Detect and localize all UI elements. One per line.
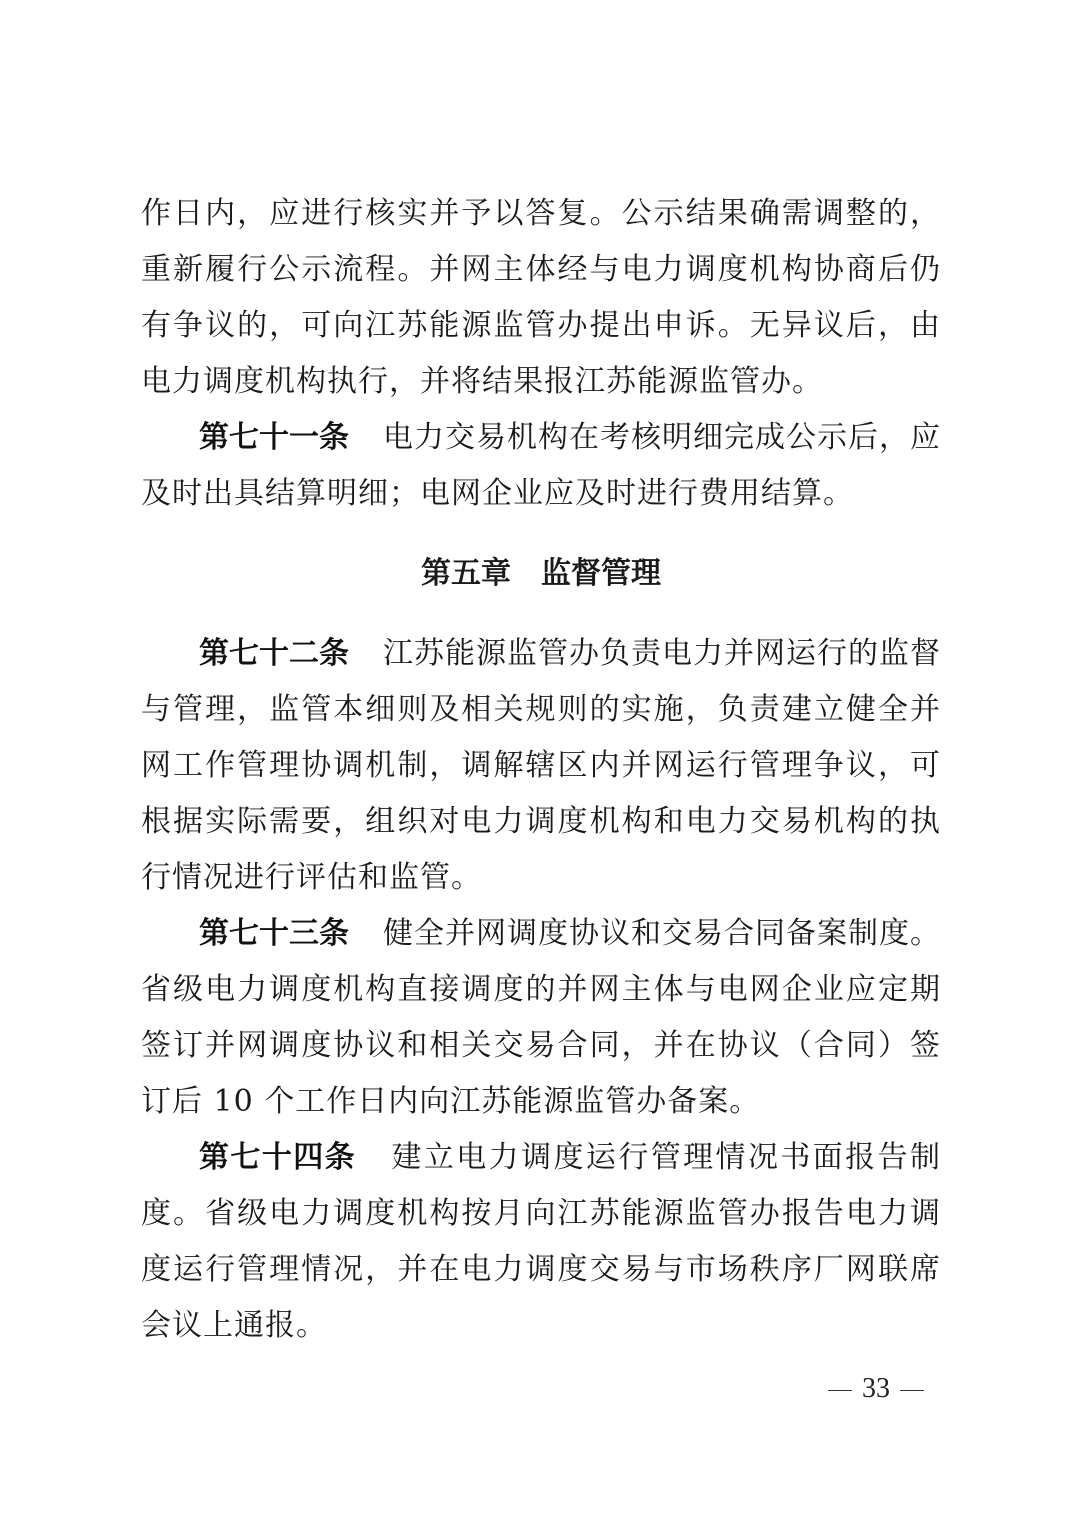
chapter-title: 监督管理 (541, 556, 661, 591)
page-number: 33 (818, 1373, 934, 1405)
dash-right (900, 1390, 924, 1391)
article-number: 第七十一条 (199, 420, 349, 455)
article-number: 第七十三条 (199, 916, 349, 951)
article-73: 第七十三条健全并网调度协议和交易合同备案制度。省级电力调度机构直接调度的并网主体… (141, 906, 941, 1130)
article-number: 第七十四条 (199, 1140, 356, 1175)
chapter-heading: 第五章监督管理 (141, 546, 941, 602)
chapter-number: 第五章 (421, 556, 511, 591)
article-text: 江苏能源监管办负责电力并网运行的监督与管理，监管本细则及相关规则的实施，负责建立… (141, 636, 941, 895)
document-page: 作日内，应进行核实并予以答复。公示结果确需调整的，重新履行公示流程。并网主体经与… (141, 186, 941, 1354)
article-74: 第七十四条建立电力调度运行管理情况书面报告制度。省级电力调度机构按月向江苏能源监… (141, 1130, 941, 1354)
continuation-paragraph: 作日内，应进行核实并予以答复。公示结果确需调整的，重新履行公示流程。并网主体经与… (141, 186, 941, 410)
article-number: 第七十二条 (199, 636, 349, 671)
article-72: 第七十二条江苏能源监管办负责电力并网运行的监督与管理，监管本细则及相关规则的实施… (141, 626, 941, 906)
article-71: 第七十一条电力交易机构在考核明细完成公示后，应及时出具结算明细；电网企业应及时进… (141, 410, 941, 522)
page-number-value: 33 (862, 1373, 890, 1404)
dash-left (828, 1390, 852, 1391)
